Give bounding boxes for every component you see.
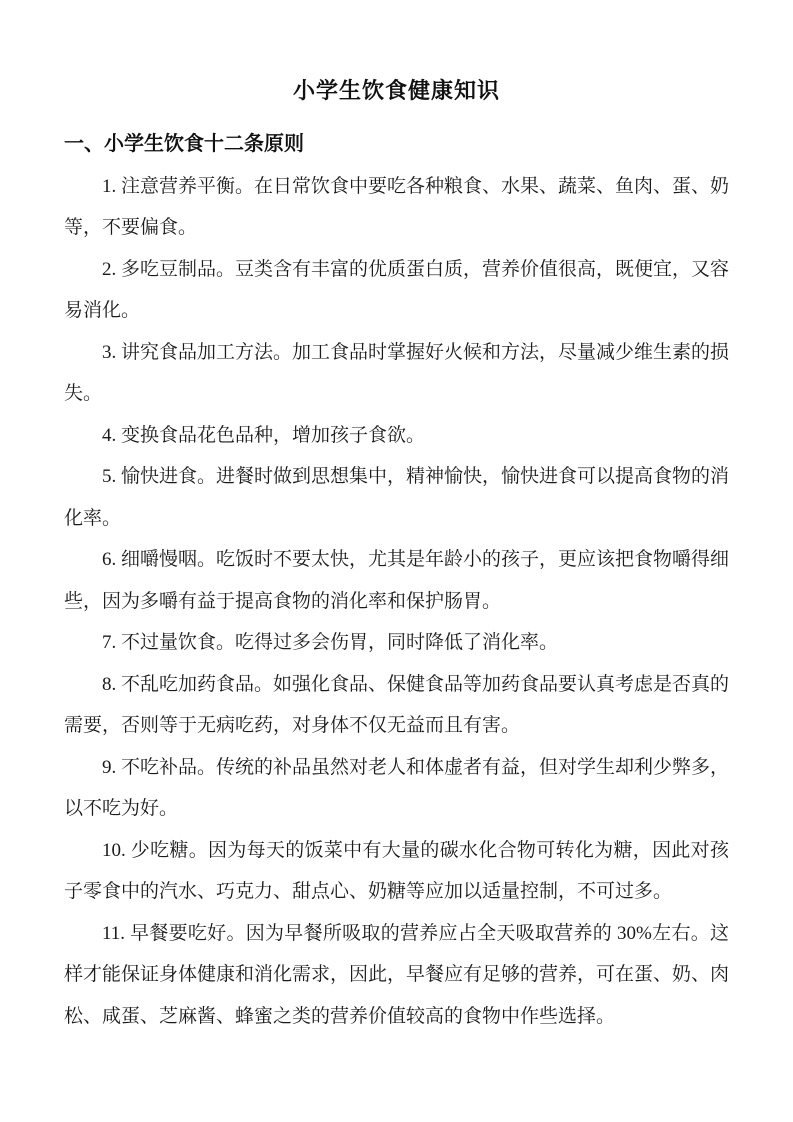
body-paragraph-6: 6. 细嚼慢咽。吃饭时不要太快，尤其是年龄小的孩子，更应该把食物嚼得细些，因为多… bbox=[64, 539, 729, 622]
body-paragraph-7: 7. 不过量饮食。吃得过多会伤胃，同时降低了消化率。 bbox=[64, 622, 729, 664]
body-paragraph-10: 10. 少吃糖。因为每天的饭菜中有大量的碳水化合物可转化为糖，因此对孩子零食中的… bbox=[64, 830, 729, 913]
body-paragraph-3: 3. 讲究食品加工方法。加工食品时掌握好火候和方法，尽量减少维生素的损失。 bbox=[64, 332, 729, 415]
section-heading: 一、小学生饮食十二条原则 bbox=[64, 124, 729, 166]
document-title: 小学生饮食健康知识 bbox=[64, 76, 729, 106]
body-paragraph-2: 2. 多吃豆制品。豆类含有丰富的优质蛋白质，营养价值很高，既便宜，又容易消化。 bbox=[64, 249, 729, 332]
body-paragraph-5: 5. 愉快进食。进餐时做到思想集中，精神愉快，愉快进食可以提高食物的消化率。 bbox=[64, 456, 729, 539]
body-paragraph-1: 1. 注意营养平衡。在日常饮食中要吃各种粮食、水果、蔬菜、鱼肉、蛋、奶等，不要偏… bbox=[64, 166, 729, 249]
body-paragraph-8: 8. 不乱吃加药食品。如强化食品、保健食品等加药食品要认真考虑是否真的需要，否则… bbox=[64, 664, 729, 747]
body-paragraph-11: 11. 早餐要吃好。因为早餐所吸取的营养应占全天吸取营养的 30%左右。这样才能… bbox=[64, 913, 729, 1038]
body-paragraph-9: 9. 不吃补品。传统的补品虽然对老人和体虚者有益，但对学生却利少弊多，以不吃为好… bbox=[64, 747, 729, 830]
document-page: 小学生饮食健康知识 一、小学生饮食十二条原则 1. 注意营养平衡。在日常饮食中要… bbox=[0, 0, 793, 1122]
body-paragraph-4: 4. 变换食品花色品种，增加孩子食欲。 bbox=[64, 415, 729, 457]
